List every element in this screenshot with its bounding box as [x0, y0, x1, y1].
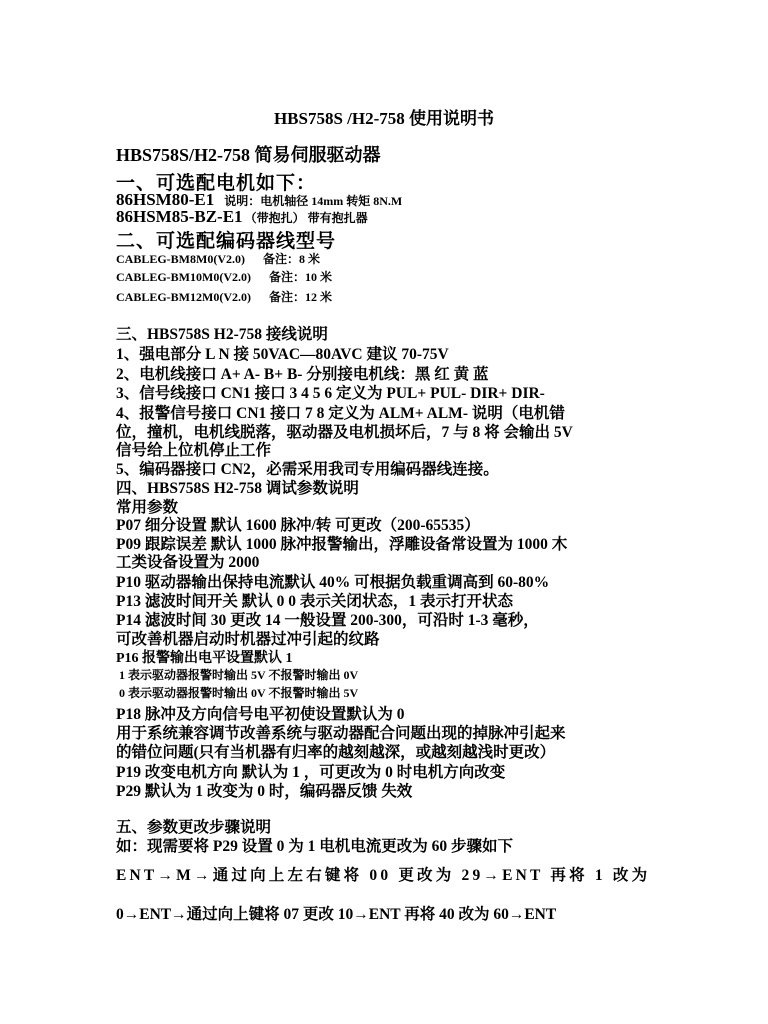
section3-heading: 三、HBS758S H2-758 接线说明	[116, 322, 328, 344]
param-line: P29 默认为 1 改变为 0 时，编码器反馈 失效	[116, 779, 412, 801]
cable-item: CABLEG-BM10M0(V2.0)备注：10 米	[116, 268, 332, 285]
section5-intro: 如：现需要将 P29 设置 0 为 1 电机电流更改为 60 步骤如下	[116, 834, 513, 856]
cable-model: CABLEG-BM10M0(V2.0)	[116, 270, 251, 284]
wiring-line: 1、强电部分 L N 接 50VAC—80AVC 建议 70-75V	[116, 342, 449, 364]
wiring-line: 3、信号线接口 CN1 接口 3 4 5 6 定义为 PUL+ PUL- DIR…	[116, 381, 545, 403]
param-line: 的错位问题(只有当机器有归率的越刻越深，或越刻越浅时更改）	[116, 740, 555, 762]
step-line: 0→ENT→通过向上键将 07 更改 10→ENT 再将 40 改为 60→EN…	[116, 902, 556, 924]
section2-heading: 二、可选配编码器线型号	[116, 226, 336, 253]
motor-item: 86HSM85-BZ-E1（带抱扎） 带有抱扎器	[116, 207, 368, 227]
param-p16: P16 报警输出电平设置默认 1	[116, 647, 293, 667]
cable-item: CABLEG-BM12M0(V2.0)备注：12 米	[116, 288, 332, 305]
motor-model: 86HSM85-BZ-E1	[116, 207, 243, 226]
motor-note: 说明：电机轴径 14mm 转矩 8N.M	[224, 194, 402, 208]
document-title: HBS758S /H2-758 使用说明书	[0, 104, 768, 129]
cable-note: 备注：10 米	[269, 270, 332, 284]
motor-note: （带抱扎） 带有抱扎器	[245, 211, 368, 225]
step-line: ENT→M→通过向上左右键将 00 更改为 29→ENT 再将 1 改为	[116, 863, 650, 885]
param-line: 工类设备设置为 2000	[116, 550, 259, 572]
cable-item: CABLEG-BM8M0(V2.0)备注：8 米	[116, 250, 320, 267]
cable-note: 备注：8 米	[263, 252, 320, 266]
cable-note: 备注：12 米	[269, 290, 332, 304]
p16-option: 1 表示驱动器报警时输出 5V 不报警时输出 0V	[116, 666, 358, 683]
p16-option: 0 表示驱动器报警时输出 0V 不报警时输出 5V	[116, 684, 358, 701]
param-line: 可改善机器启动时机器过冲引起的纹路	[116, 627, 380, 649]
cable-model: CABLEG-BM12M0(V2.0)	[116, 290, 251, 304]
cable-model: CABLEG-BM8M0(V2.0)	[116, 252, 245, 266]
document-subtitle: HBS758S/H2-758 简易伺服驱动器	[116, 141, 381, 167]
